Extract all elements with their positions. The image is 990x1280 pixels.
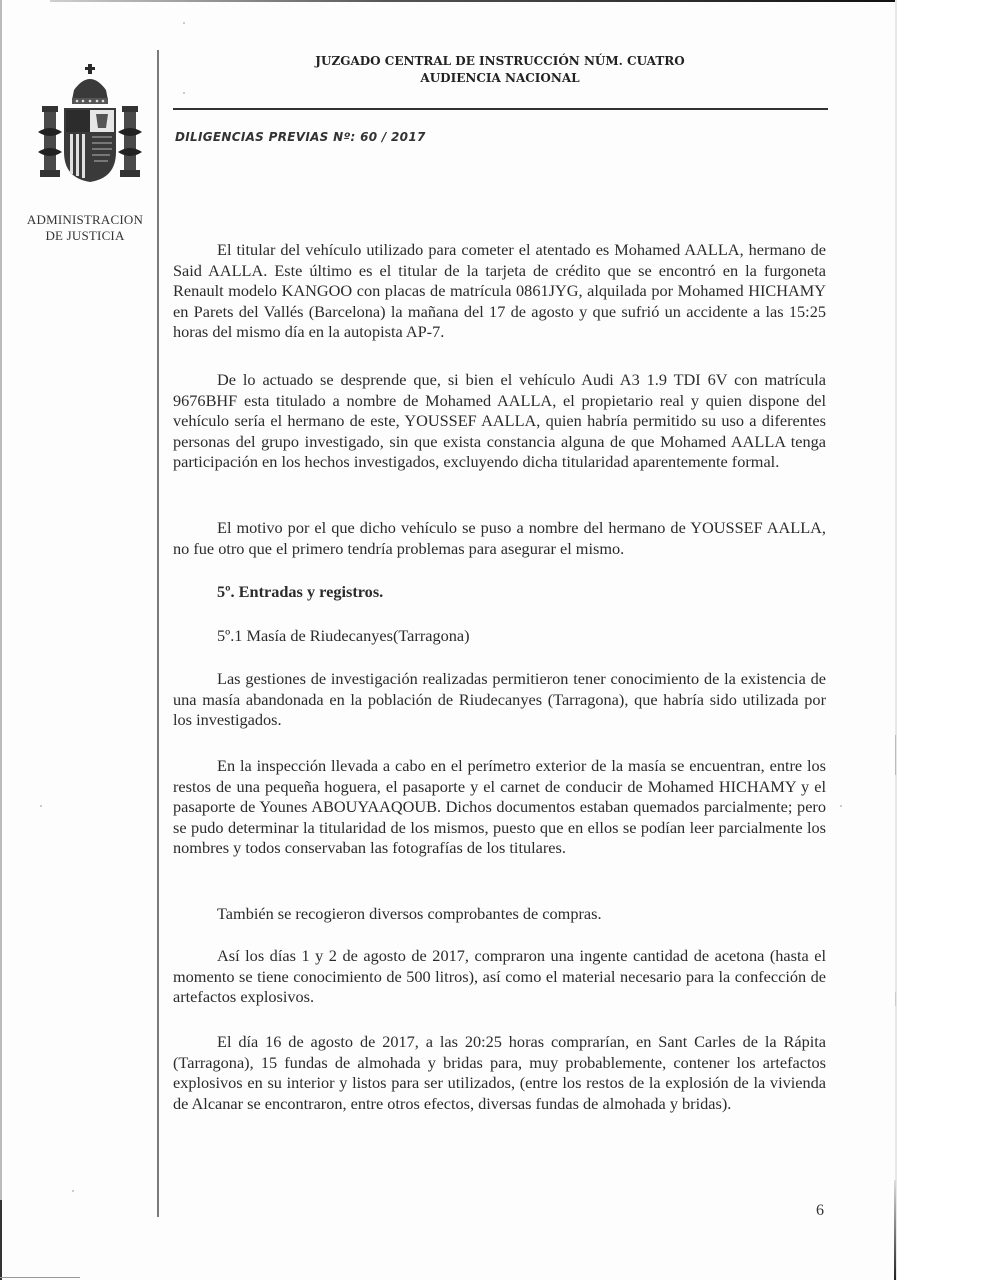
body-paragraph: También se recogieron diversos comproban… <box>173 904 826 925</box>
body-paragraph: El titular del vehículo utilizado para c… <box>173 240 826 343</box>
scan-right-edge <box>895 0 897 1280</box>
court-body: AUDIENCIA NACIONAL <box>170 70 830 87</box>
body-paragraph: En la inspección llevada a cabo en el pe… <box>173 756 826 859</box>
paragraph-acetone-purchase: Así los días 1 y 2 de agosto de 2017, co… <box>173 946 826 1008</box>
paragraph-receipts: También se recogieron diversos comproban… <box>173 904 826 925</box>
body-paragraph: De lo actuado se desprende que, si bien … <box>173 370 826 473</box>
body-paragraph: Las gestiones de investigación realizada… <box>173 669 826 731</box>
coat-of-arms-icon <box>30 60 150 190</box>
scan-left-edge-shadow <box>0 1200 2 1280</box>
scan-artifact-mark <box>895 992 896 1006</box>
paragraph-vehicle-motive: El motivo por el que dicho vehículo se p… <box>173 518 826 559</box>
paragraph-audi-a3: De lo actuado se desprende que, si bien … <box>173 370 826 473</box>
paragraph-pillowcases-purchase: El día 16 de agosto de 2017, a las 20:25… <box>173 1032 826 1114</box>
institution-label: ADMINISTRACION DE JUSTICIA <box>20 212 150 244</box>
page-number: 6 <box>816 1202 824 1220</box>
subsection-heading-block: 5º.1 Masía de Riudecanyes(Tarragona) <box>173 626 826 647</box>
scan-speck <box>72 1190 74 1192</box>
body-paragraph: El motivo por el que dicho vehículo se p… <box>173 518 826 559</box>
paragraph-vehicle-owner: El titular del vehículo utilizado para c… <box>173 240 826 343</box>
body-paragraph: El día 16 de agosto de 2017, a las 20:25… <box>173 1032 826 1114</box>
paragraph-masia-discovery: Las gestiones de investigación realizada… <box>173 669 826 731</box>
scan-speck <box>840 805 842 807</box>
section-heading: 5º. Entradas y registros. <box>173 582 826 603</box>
institution-label-line2: DE JUSTICIA <box>20 228 150 244</box>
header-divider <box>173 108 828 110</box>
section-heading-block: 5º. Entradas y registros. <box>173 582 826 603</box>
institution-label-line1: ADMINISTRACION <box>20 212 150 228</box>
scan-bottom-edge <box>0 1277 80 1278</box>
court-header: JUZGADO CENTRAL DE INSTRUCCIÓN NÚM. CUAT… <box>170 53 830 87</box>
scan-speck <box>183 22 185 24</box>
subsection-heading: 5º.1 Masía de Riudecanyes(Tarragona) <box>173 626 826 647</box>
scan-speck <box>183 92 185 94</box>
scan-top-edge <box>50 0 896 2</box>
body-paragraph: Así los días 1 y 2 de agosto de 2017, co… <box>173 946 826 1008</box>
margin-rule <box>157 50 159 1217</box>
scan-artifact-mark <box>895 735 896 775</box>
scan-right-edge-shadow <box>894 1180 896 1280</box>
case-number: DILIGENCIAS PREVIAS Nº: 60 / 2017 <box>175 130 426 144</box>
scan-speck <box>40 805 42 807</box>
paragraph-inspection: En la inspección llevada a cabo en el pe… <box>173 756 826 859</box>
court-name: JUZGADO CENTRAL DE INSTRUCCIÓN NÚM. CUAT… <box>170 53 830 70</box>
scan-left-edge <box>0 0 2 1280</box>
